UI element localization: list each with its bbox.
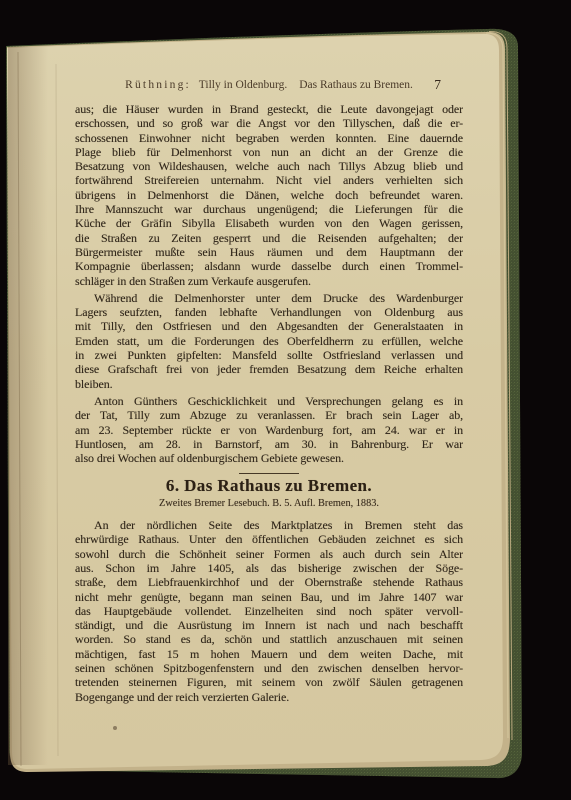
text-line: Anton Günthers Geschicklichkeit und Vers… [75, 394, 463, 408]
text-line: ständigt, und die Ausrüstung im Innern i… [75, 618, 463, 632]
text-line: fortwährend Streifereien unternahm. Nich… [75, 173, 463, 187]
text-line: schossenen Einwohner nicht begraben werd… [75, 131, 463, 145]
running-title-right: Das Rathaus zu Bremen. [299, 79, 413, 91]
text-line: Bürgermeister mußte sein Haus räumen und… [75, 245, 463, 259]
section-source: Zweites Bremer Lesebuch. B. 5. Aufl. Bre… [75, 497, 463, 511]
text-line: Ihre Mannszucht war durchaus ungenügend;… [75, 202, 463, 216]
text-line: sowohl durch die Schönheit seiner Formen… [75, 547, 463, 561]
running-title-left: Tilly in Oldenburg. [199, 79, 288, 91]
gutter-shadow [8, 47, 48, 765]
text-line: schläger in den Straßen zum Verkaufe aus… [75, 274, 463, 288]
text-line: Huntlosen, am 28. in Barnstorf, am 30. i… [75, 437, 463, 451]
text-line: straße, dem Liebfrauenkirchhof und der O… [75, 575, 463, 589]
text-line: am 23. September rückte er von Wardenbur… [75, 423, 463, 437]
text-line: aus. Schon im Jahre 1405, als das bisher… [75, 561, 463, 575]
text-line: aus; die Häuser wurden in Brand gesteckt… [75, 102, 463, 116]
paragraph: Während die Delmenhorster unter dem Druc… [75, 291, 463, 391]
paragraph: aus; die Häuser wurden in Brand gesteckt… [75, 102, 463, 288]
page-header: Rüthning: Tilly in Oldenburg. Das Rathau… [75, 79, 463, 95]
text-line: das Hauptgebäude vollendet. Einzelheiten… [75, 604, 463, 618]
text-line: tretenden steinernen Figuren, mit seinem… [75, 675, 463, 689]
text-line: worden. So stand es da, schön und stattl… [75, 632, 463, 646]
text-line: Während die Delmenhorster unter dem Druc… [75, 291, 463, 305]
text-line: übrigens in Delmenhorst die Dänen, welch… [75, 188, 463, 202]
text-line: diese Grafschaft frei von jeder fremden … [75, 362, 463, 376]
text-line: Kompagnie überlassen; alsdann wurde dass… [75, 259, 463, 273]
text-line: Bogengange und der reich verzierten Gale… [75, 690, 463, 704]
text-line: in zwei Punkten gipfelten: Mansfeld soll… [75, 348, 463, 362]
text-line: also drei Wochen auf oldenburgischem Geb… [75, 451, 463, 465]
text-line: seinen schönen Spitzbogenfenstern und de… [75, 661, 463, 675]
text-line: mit Tilly, den Ostfriesen und den Abgesa… [75, 319, 463, 333]
text-line: Lagers seufzten, fanden lebhafte Verhand… [75, 305, 463, 319]
text-line: Emden statt, um die Forderungen des Ober… [75, 334, 463, 348]
text-line: die Straßen zu Zeiten gesperrt und die R… [75, 231, 463, 245]
paragraph: An der nördlichen Seite des Marktplatzes… [75, 518, 463, 704]
text-line: bleiben. [75, 377, 463, 391]
text-line: An der nördlichen Seite des Marktplatzes… [75, 518, 463, 532]
text-line: Plage blieb für Delmenhorst von nun an d… [75, 145, 463, 159]
text-block: aus; die Häuser wurden in Brand gesteckt… [75, 102, 463, 707]
running-title-author: Rüthning: [125, 79, 191, 91]
text-line: der Tat, Tilly zum Abzuge zu veranlassen… [75, 408, 463, 422]
text-line: nicht mehr genügte, begann man seinen Ba… [75, 590, 463, 604]
text-line: Küche der Gräfin Sibylla Elisabeth wurde… [75, 216, 463, 230]
text-line: ehrwürdige Rathaus. Unter den öffentlich… [75, 532, 463, 546]
paragraph: Anton Günthers Geschicklichkeit und Vers… [75, 394, 463, 465]
section-heading: 6. Das Rathaus zu Bremen. [75, 479, 463, 493]
paper-speck [113, 726, 117, 730]
section-divider [239, 473, 299, 474]
text-line: Besatzung von Wildeshausen, welche auch … [75, 159, 463, 173]
scanned-book-page: Rüthning: Tilly in Oldenburg. Das Rathau… [0, 0, 571, 800]
page-number: 7 [434, 77, 441, 93]
text-line: erschossen, und so groß war die Angst vo… [75, 116, 463, 130]
text-line: mächtigen, fast 15 m hohen Mauern und de… [75, 647, 463, 661]
